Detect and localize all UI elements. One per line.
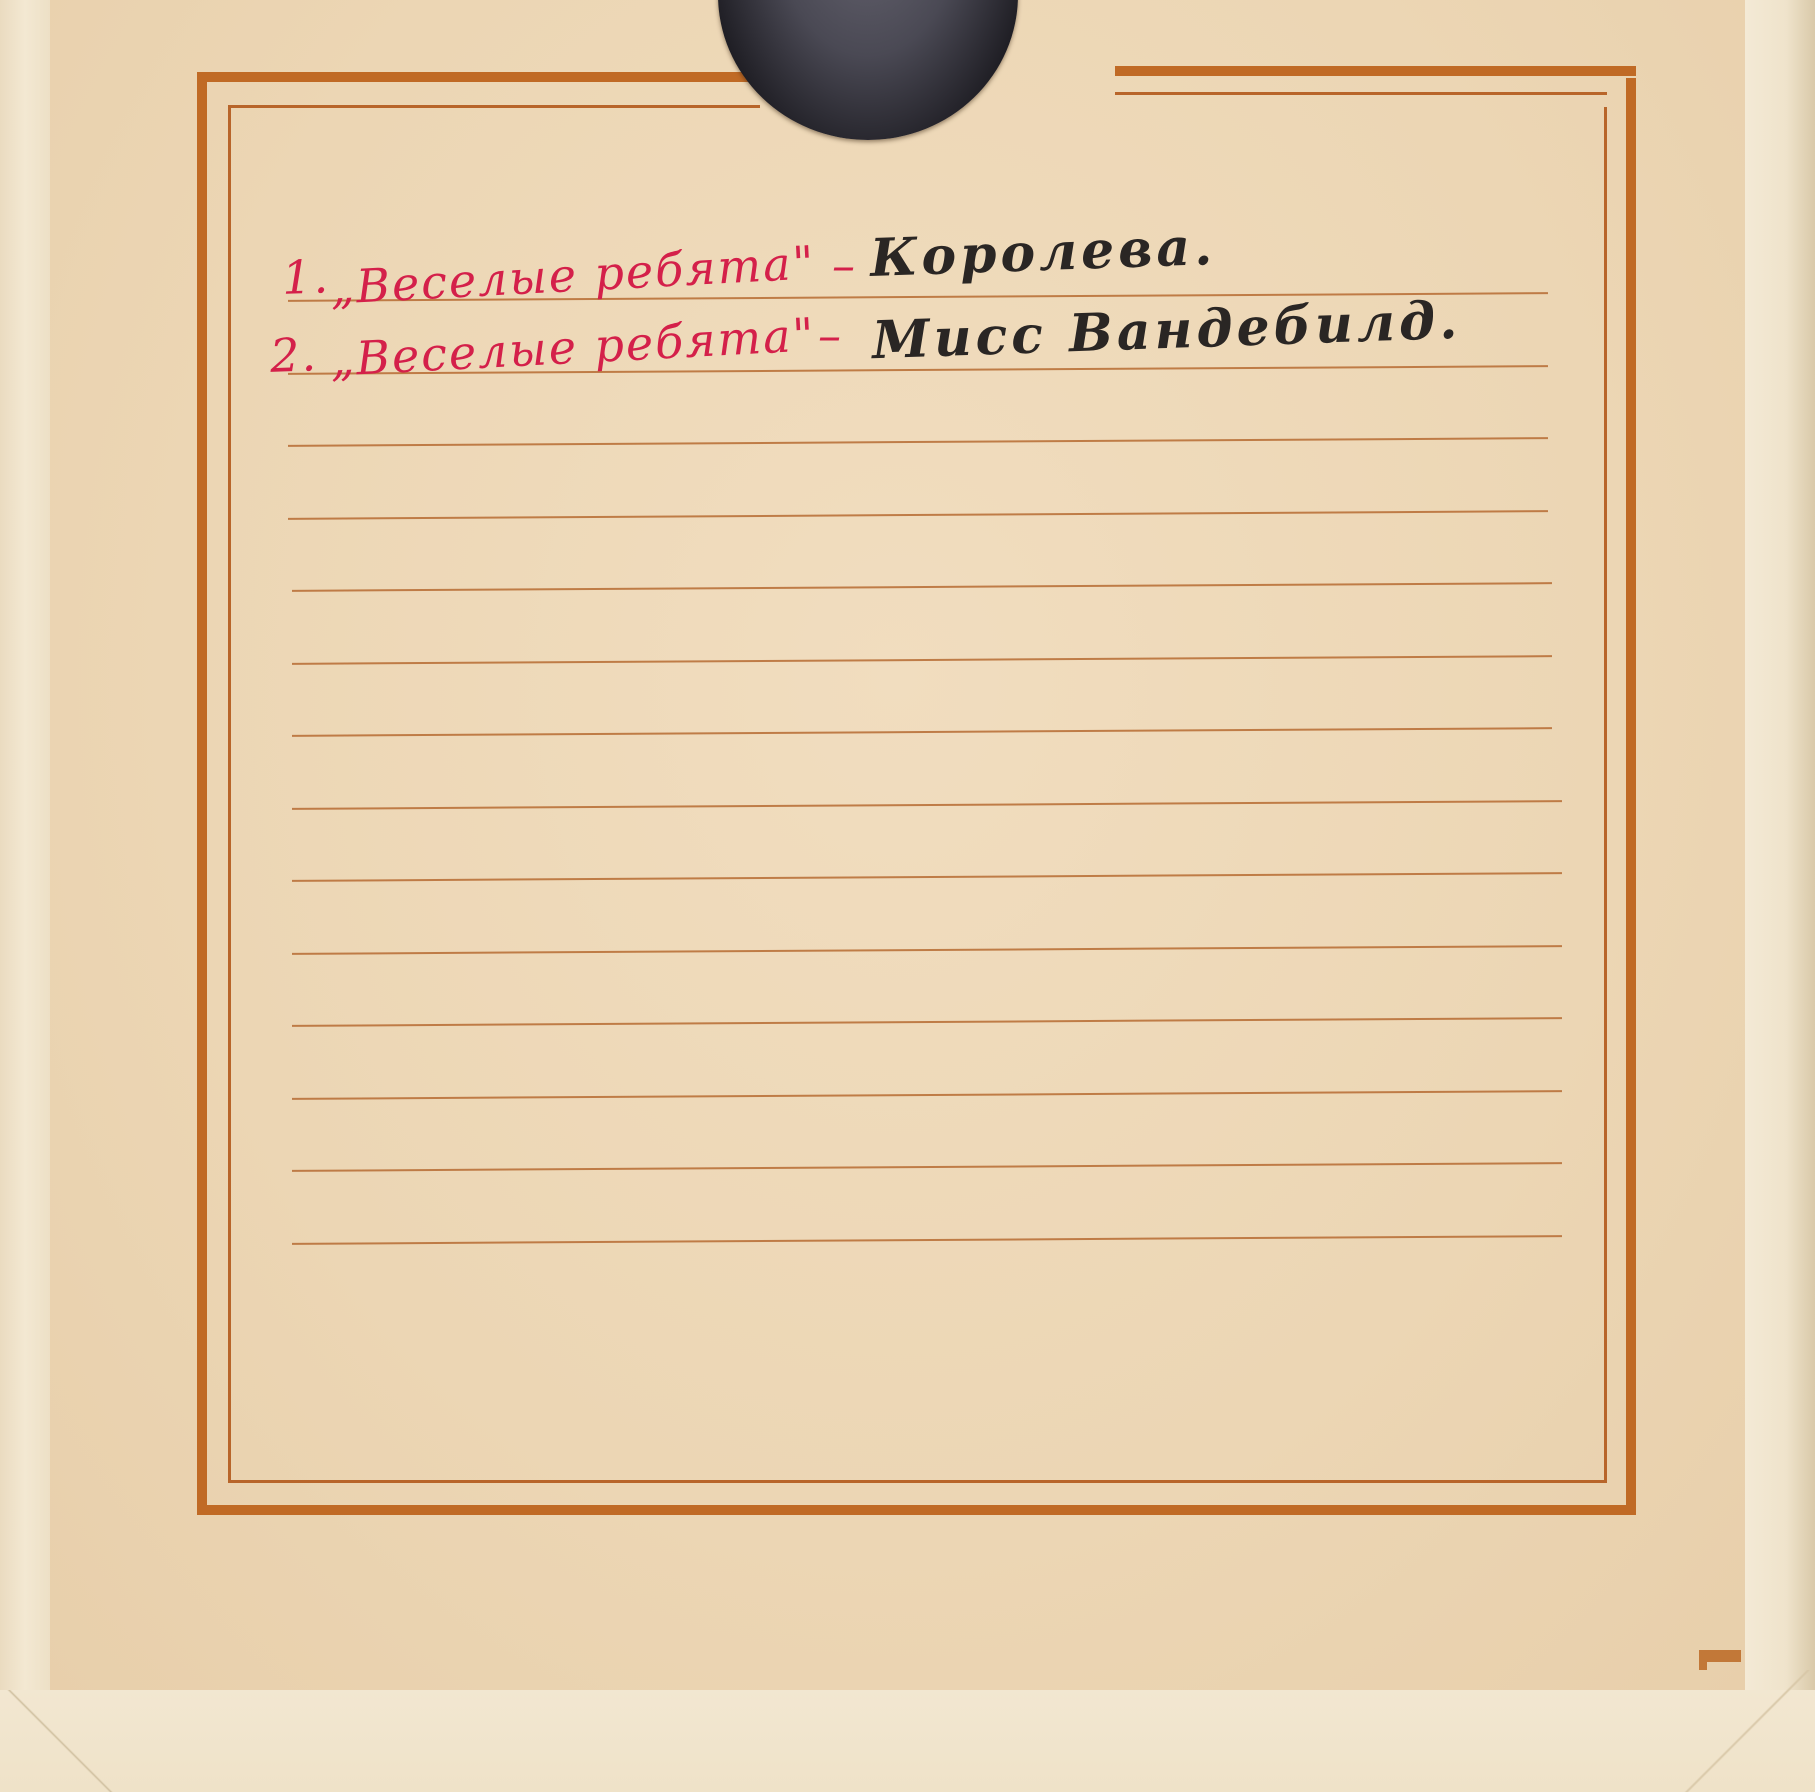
entry-1-number: 1. xyxy=(281,249,331,305)
entry-2-dash: – xyxy=(818,308,843,362)
corner-registration-mark xyxy=(1699,1650,1741,1670)
entry-1-dash: – xyxy=(832,238,857,292)
frame-inner-top-right xyxy=(1115,92,1607,95)
sleeve-bottom-flap xyxy=(0,1690,1815,1792)
entry-2-number: 2. xyxy=(269,327,319,383)
entry-1-track: Королева. xyxy=(869,216,1217,289)
fold-crease-left xyxy=(0,1690,120,1792)
sleeve-right-edge xyxy=(1743,0,1815,1792)
frame-outer-top-right xyxy=(1115,66,1636,76)
